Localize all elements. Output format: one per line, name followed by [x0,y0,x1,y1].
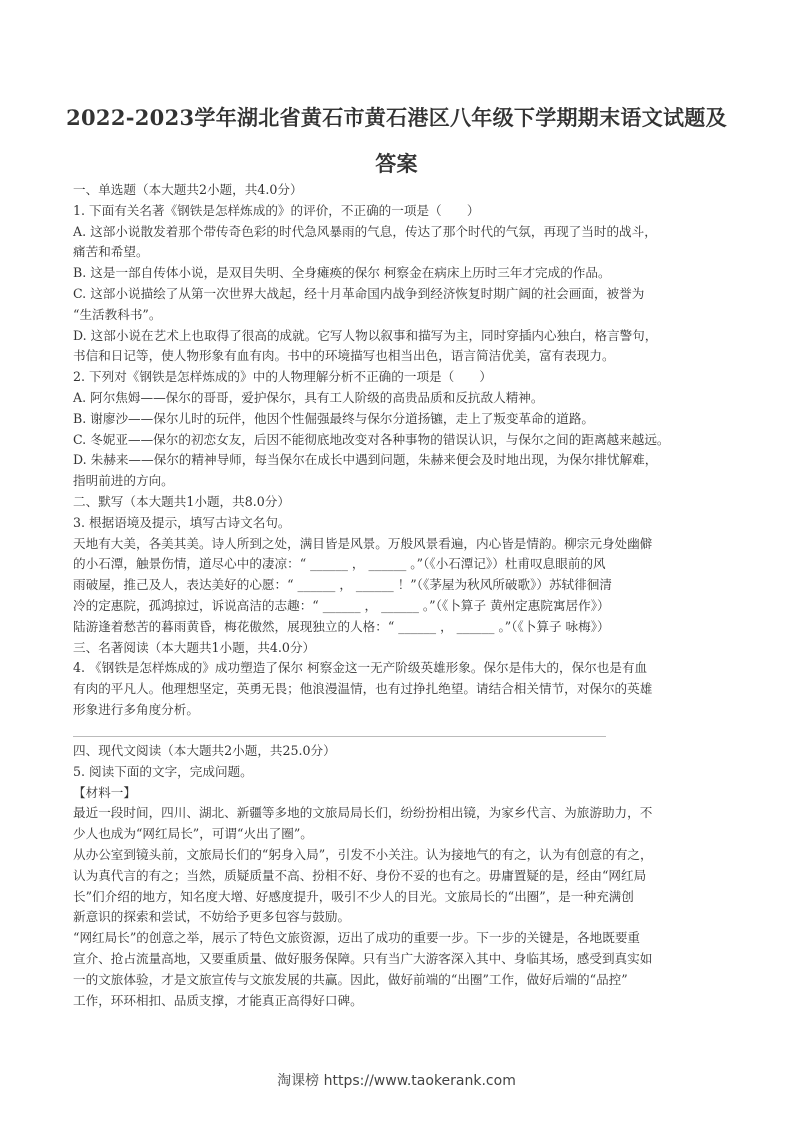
paragraph-line: 陆游逢着愁苦的暮雨黄昏，梅花傲然，展现独立的人格：“ ______ ， ____… [73,617,723,638]
exam-body-part2: 四、现代文阅读（本大题共2小题，共25.0分） 5. 阅读下面的文字，完成问题。… [73,741,723,1011]
paragraph-line: 雨破屋，推己及人，表达美好的心愿：“ ______ ， ______ ！”（《茅… [73,575,723,596]
question-stem-cont: 形象进行多角度分析。 [73,700,723,721]
section-heading: 三、名著阅读（本大题共1小题，共4.0分） [73,638,723,659]
paragraph-line: 从办公室到镜头前，文旅局长们的“躬身入局”，引发不小关注。认为接地气的有之，认为… [73,845,723,866]
question-stem: 2. 下列对《钢铁是怎样炼成的》中的人物理解分析不正确的一项是（ ） [73,367,723,388]
option-a: A. 阿尔焦姆——保尔的哥哥，爱护保尔，具有工人阶级的高贵品质和反抗敌人精神。 [73,388,723,409]
question-stem: 4. 《钢铁是怎样炼成的》成功塑造了保尔 柯察金这一无产阶级英雄形象。保尔是伟大… [73,658,723,679]
paragraph-line: 少人也成为“网红局长”，可谓“火出了圈”。 [73,824,723,845]
option-c: C. 冬妮亚——保尔的初恋女友，后因不能彻底地改变对各种事物的错误认识，与保尔之… [73,430,723,451]
section-heading: 二、默写（本大题共1小题，共8.0分） [73,492,723,513]
section-heading: 一、单选题（本大题共2小题，共4.0分） [73,180,723,201]
question-stem-cont: 有肉的平凡人。他理想坚定，英勇无畏；他浪漫温情，也有过挣扎绝望。请结合相关情节，… [73,679,723,700]
paragraph-line: 天地有大美，各美其美。诗人所到之处，满目皆是风景。万般风景看遍，内心皆是情韵。柳… [73,534,723,555]
option-c: C. 这部小说描绘了从第一次世界大战起，经十月革命国内战争到经济恢复时期广阔的社… [73,284,723,305]
question-stem: 1. 下面有关名著《钢铁是怎样炼成的》的评价，不正确的一项是（ ） [73,201,723,222]
document-title-continued: 答案 [60,148,733,178]
option-c-cont: “生活教科书”。 [73,305,723,326]
option-a: A. 这部小说散发着那个带传奇色彩的时代急风暴雨的气息，传达了那个时代的气氛，再… [73,222,723,243]
paragraph-line: 一的文旅体验，才是文旅宣传与文旅发展的共赢。因此，做好前端的“出圈”工作，做好后… [73,970,723,991]
divider [73,736,606,737]
footer-watermark: 淘课榜 https://www.taokerank.com [0,1070,793,1090]
question-stem: 3. 根据语境及提示，填写古诗文名句。 [73,513,723,534]
paragraph-line: 工作，环环相扣、品质支撑，才能真正高得好口碑。 [73,991,723,1012]
document-title: 2022-2023学年湖北省黄石市黄石港区八年级下学期期末语文试题及 [60,102,733,132]
paragraph-line: 宣介、抢占流量高地，又要重质量、做好服务保障。只有当广大游客深入其中、身临其场，… [73,949,723,970]
exam-body-part1: 一、单选题（本大题共2小题，共4.0分） 1. 下面有关名著《钢铁是怎样炼成的》… [73,180,723,721]
option-d: D. 这部小说在艺术上也取得了很高的成就。它写人物以叙事和描写为主，同时穿插内心… [73,326,723,347]
option-d-cont: 指明前进的方向。 [73,471,723,492]
question-stem: 5. 阅读下面的文字，完成问题。 [73,762,723,783]
option-b: B. 谢廖沙——保尔儿时的玩伴，他因个性倔强最终与保尔分道扬镳，走上了叛变革命的… [73,409,723,430]
paragraph-line: “网红局长”的创意之举，展示了特色文旅资源，迈出了成功的重要一步。下一步的关键是… [73,928,723,949]
paragraph-line: 的小石潭，触景伤情，道尽心中的凄凉：“ ______ ， ______ 。”（《… [73,554,723,575]
material-label: 【材料一】 [73,783,723,804]
option-a-cont: 痛苦和希望。 [73,242,723,263]
option-b: B. 这是一部自传体小说，是双目失明、全身瘫痪的保尔 柯察金在病床上历时三年才完… [73,263,723,284]
paragraph-line: 认为真代言的有之；当然，质疑质量不高、扮相不好、身份不妥的也有之。毋庸置疑的是，… [73,866,723,887]
paragraph-line: 长”们介绍的地方，知名度大增、好感度提升，吸引不少人的目光。文旅局长的“出圈”，… [73,887,723,908]
section-heading: 四、现代文阅读（本大题共2小题，共25.0分） [73,741,723,762]
paragraph-line: 新意识的探索和尝试，不妨给予更多包容与鼓励。 [73,907,723,928]
option-d: D. 朱赫来——保尔的精神导师，每当保尔在成长中遇到问题，朱赫来便会及时地出现，… [73,450,723,471]
paragraph-line: 最近一段时间，四川、湖北、新疆等多地的文旅局局长们，纷纷扮相出镜，为家乡代言、为… [73,803,723,824]
paragraph-line: 冷的定惠院，孤鸿掠过，诉说高洁的志趣：“ ______ ， ______ 。”（… [73,596,723,617]
option-d-cont: 书信和日记等，使人物形象有血有肉。书中的环境描写也相当出色，语言简洁优美，富有表… [73,346,723,367]
